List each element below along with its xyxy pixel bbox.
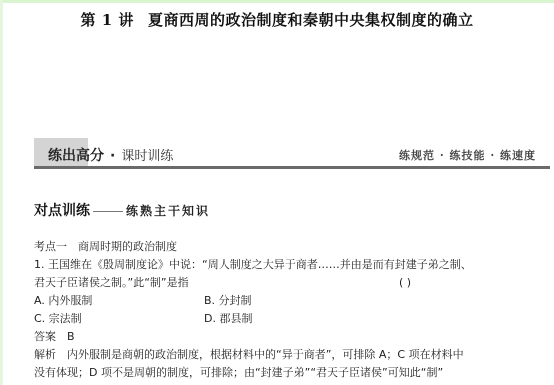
banner-heading: 练出高分·课时训练 — [48, 145, 173, 165]
banner-motto: 练规范 · 练技能 · 练速度 — [399, 147, 536, 163]
options-row-2: C. 宗法制 D. 郡县制 — [34, 310, 544, 328]
lecture-title: 第 1 讲夏商西周的政治制度和秦朝中央集权制度的确立 — [0, 9, 554, 30]
analysis-line1: 解析 内外服制是商朝的政治制度，根据材料中的“异于商者”，可排除 A；C 项在材… — [34, 346, 544, 364]
practice-banner: 练出高分·课时训练 练规范 · 练技能 · 练速度 — [34, 138, 550, 170]
option-b: B. 分封制 — [204, 292, 252, 310]
section-subtitle: 练熟主干知识 — [126, 204, 210, 218]
question-stem-line1: 1. 王国维在《殷周制度论》中说：“周人制度之大异于商者……并由是而有封建子弟之… — [34, 256, 544, 274]
question-block: 考点一 商周时期的政治制度 1. 王国维在《殷周制度论》中说：“周人制度之大异于… — [34, 238, 544, 382]
answer-line: 答案 B — [34, 328, 544, 346]
options-row-1: A. 内外服制 B. 分封制 — [34, 292, 544, 310]
answer-bracket: ( ) — [399, 274, 411, 292]
page-left-border — [0, 0, 3, 385]
option-c: C. 宗法制 — [34, 310, 82, 328]
banner-underline — [34, 166, 550, 169]
lecture-number: 第 1 讲 — [81, 11, 134, 29]
question-stem-line2-text: 君天子臣诸侯之制。”此“制”是指 — [34, 276, 189, 289]
section-title: 对点训练 — [34, 203, 90, 219]
exam-point: 考点一 商周时期的政治制度 — [34, 238, 544, 256]
analysis-line2: 没有体现；D 项不是周朝的制度，可排除；由“封建子弟”“君天子臣诸侯”可知此“制… — [34, 364, 544, 382]
question-stem-line2: 君天子臣诸侯之制。”此“制”是指 ( ) — [34, 274, 544, 292]
section-heading: 对点训练练熟主干知识 — [34, 200, 210, 220]
section-dash-divider — [93, 211, 123, 212]
lecture-title-text: 夏商西周的政治制度和秦朝中央集权制度的确立 — [148, 11, 474, 29]
banner-sub-label: 课时训练 — [121, 149, 173, 164]
option-a: A. 内外服制 — [34, 292, 92, 310]
banner-dot: · — [110, 148, 115, 164]
page-top-border — [0, 0, 554, 3]
option-d: D. 郡县制 — [204, 310, 252, 328]
banner-main-label: 练出高分 — [48, 148, 104, 164]
